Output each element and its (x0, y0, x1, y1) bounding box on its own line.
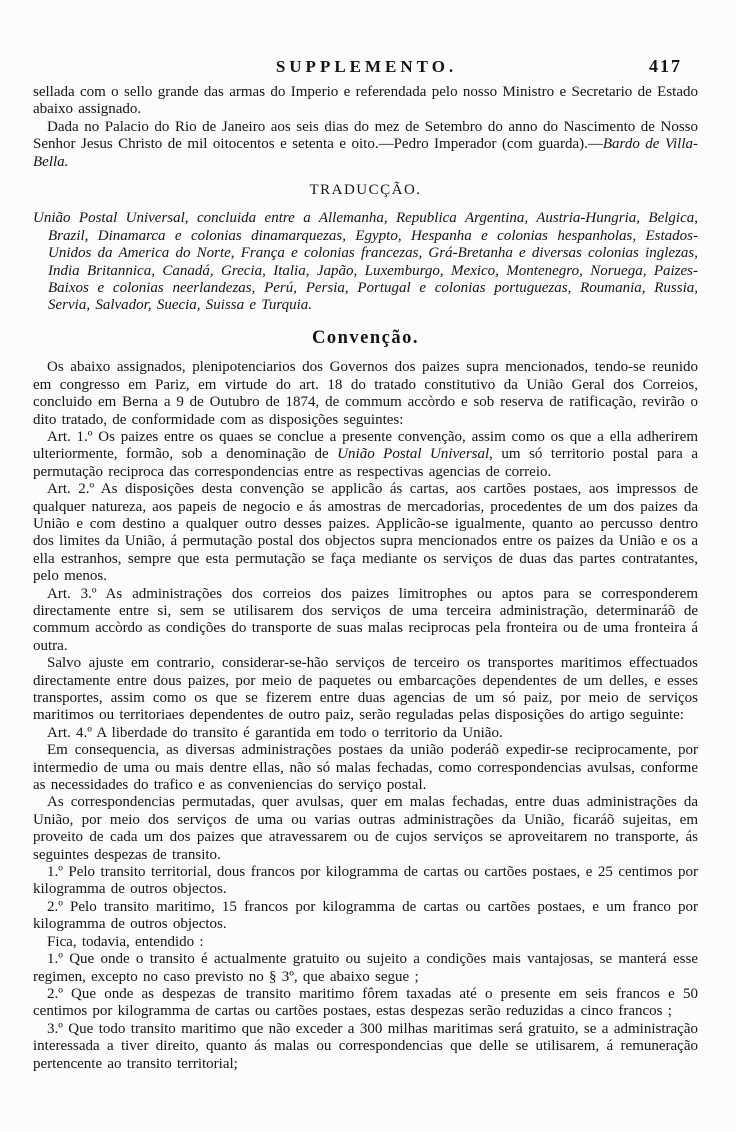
text-run: 1.º Pelo transito territorial, dous fran… (33, 864, 698, 897)
text-run: 2.º Que onde as despezas de transito mar… (33, 986, 698, 1019)
text-run: Fica, todavia, entendido : (47, 934, 204, 950)
paragraph: Em consequencia, as diversas administraç… (33, 742, 698, 794)
text-run: 2.º Pelo transito maritimo, 15 francos p… (33, 899, 698, 932)
paragraph: 2.º Que onde as despezas de transito mar… (33, 986, 698, 1021)
section-heading-convencao: Convenção. (33, 330, 698, 347)
running-title: SUPPLEMENTO. (33, 57, 700, 77)
text-run: Os abaixo assignados, plenipotenciarios … (33, 359, 698, 427)
text-run: Dada no Palacio do Rio de Janeiro aos se… (33, 119, 698, 152)
scanned-book-page: SUPPLEMENTO. 417 sellada com o sello gra… (0, 0, 736, 1132)
page-number: 417 (649, 56, 682, 77)
text-run: Art. 3.º As administrações dos correios … (33, 586, 698, 654)
section-heading-traduccao: TRADUCÇÃO. (33, 182, 698, 199)
paragraph: Art. 4.º A liberdade do transito é garan… (33, 725, 698, 742)
paragraph: Art. 1.º Os paizes entre os quaes se con… (33, 429, 698, 481)
text-run: Art. 2.º As disposições desta convenção … (33, 481, 698, 584)
paragraph: Dada no Palacio do Rio de Janeiro aos se… (33, 119, 698, 171)
text-run: As correspondencias permutadas, quer avu… (33, 794, 698, 862)
paragraph: Art. 3.º As administrações dos correios … (33, 586, 698, 656)
paragraph: 2.º Pelo transito maritimo, 15 francos p… (33, 899, 698, 934)
document-body: sellada com o sello grande das armas do … (33, 84, 698, 1073)
text-run: Art. 4.º A liberdade do transito é garan… (47, 725, 503, 741)
text-run: Em consequencia, as diversas administraç… (33, 742, 698, 793)
paragraph: 1.º Pelo transito territorial, dous fran… (33, 864, 698, 899)
text-run: sellada com o sello grande das armas do … (33, 84, 698, 117)
paragraph: Fica, todavia, entendido : (33, 934, 698, 951)
text-run: Salvo ajuste em contrario, considerar-se… (33, 655, 698, 723)
paragraph: Os abaixo assignados, plenipotenciarios … (33, 359, 698, 429)
paragraph: Salvo ajuste em contrario, considerar-se… (33, 655, 698, 725)
paragraph: União Postal Universal, concluida entre … (48, 210, 698, 314)
running-head: SUPPLEMENTO. 417 (33, 57, 700, 81)
italic-text-run: União Postal Universal, concluida entre … (33, 210, 698, 313)
paragraph: 3.º Que todo transito maritimo que não e… (33, 1021, 698, 1073)
paragraph: 1.º Que onde o transito é actualmente gr… (33, 951, 698, 986)
text-run: 1.º Que onde o transito é actualmente gr… (33, 951, 698, 984)
paragraph: As correspondencias permutadas, quer avu… (33, 794, 698, 864)
text-run: 3.º Que todo transito maritimo que não e… (33, 1021, 698, 1072)
paragraph: sellada com o sello grande das armas do … (33, 84, 698, 119)
paragraph: Art. 2.º As disposições desta convenção … (33, 481, 698, 585)
italic-text-run: União Postal Universal (337, 446, 489, 462)
